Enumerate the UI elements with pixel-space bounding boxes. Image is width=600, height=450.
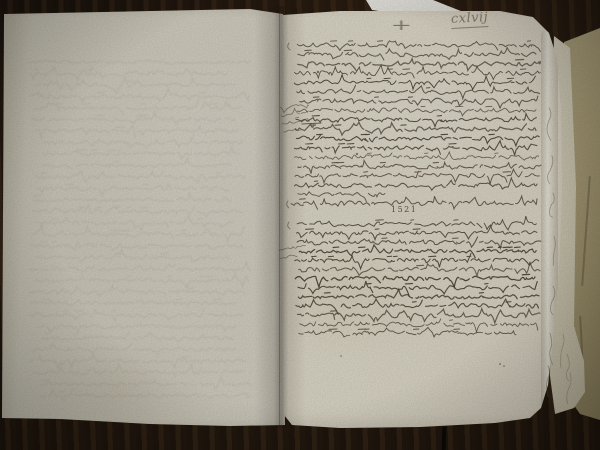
parchment-crease bbox=[581, 176, 591, 286]
table-seam-line bbox=[442, 427, 447, 450]
gutter-fold-line bbox=[279, 6, 280, 428]
folio-number: cxlvij bbox=[451, 11, 489, 29]
year-date: 1521 bbox=[391, 205, 417, 214]
page-gutter-fold bbox=[254, 6, 306, 428]
manuscript-photo: + cxlvij 1521 bbox=[0, 0, 600, 450]
cross-mark: + bbox=[391, 16, 412, 34]
